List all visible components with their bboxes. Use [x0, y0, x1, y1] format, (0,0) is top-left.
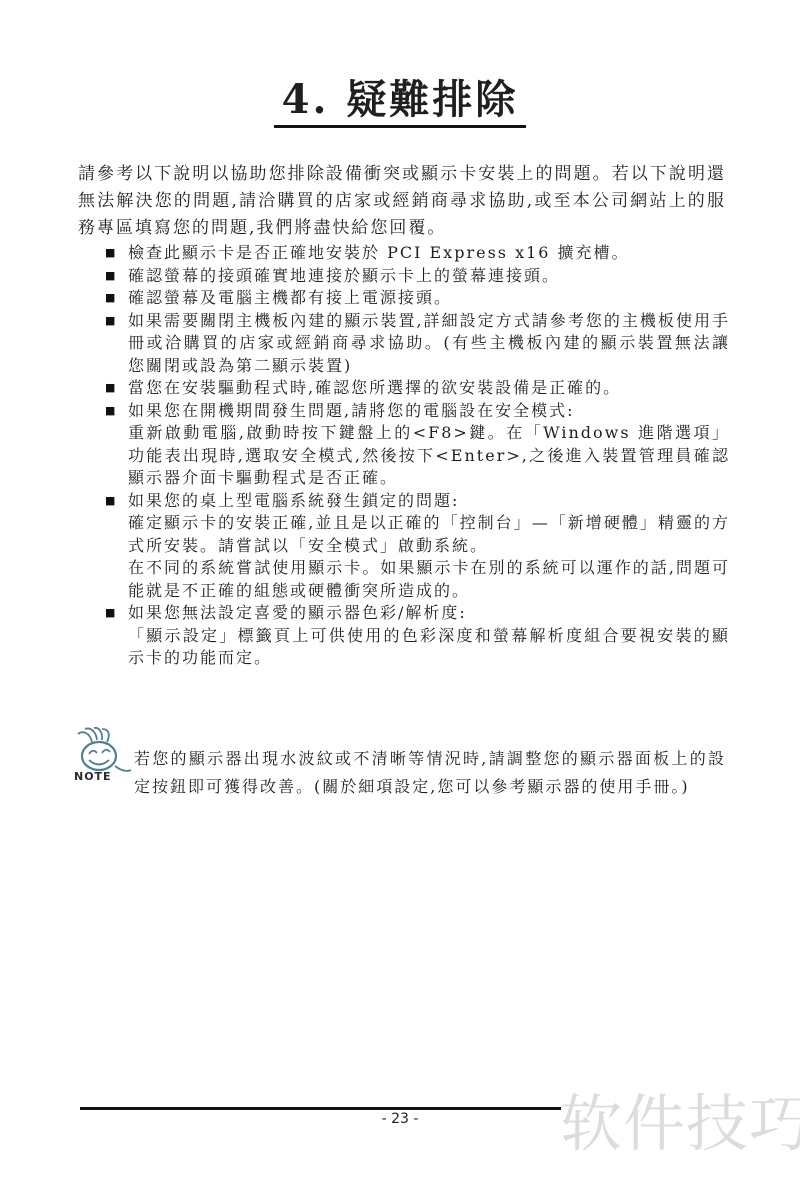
list-item-text: 確認螢幕的接頭確實地連接於顯示卡上的螢幕連接頭。 — [128, 265, 730, 288]
list-item-text: 如果需要關閉主機板內建的顯示裝置,詳細設定方式請參考您的主機板使用手冊或洽購買的… — [128, 310, 730, 378]
bullet-square-icon: ■ — [105, 310, 128, 333]
list-item-text: 重新啟動電腦,啟動時按下鍵盤上的<F8>鍵。在「Windows 進階選項」功能表… — [128, 422, 730, 490]
list-item-text-wrap: 當您在安裝驅動程式時,確認您所選擇的欲安裝設備是正確的。 — [128, 377, 730, 400]
list-item: ■ 如果您無法設定喜愛的顯示器色彩/解析度: 「顯示設定」標籤頁上可供使用的色彩… — [105, 602, 730, 670]
list-item-text: 在不同的系統嘗試使用顯示卡。如果顯示卡在別的系統可以運作的話,問題可能就是不正確… — [128, 557, 730, 602]
list-item: ■ 如果需要關閉主機板內建的顯示裝置,詳細設定方式請參考您的主機板使用手冊或洽購… — [105, 310, 730, 378]
footer-rule — [80, 1107, 561, 1110]
note-smiley-icon: NOTE — [70, 726, 132, 786]
note-callout: NOTE 若您的顯示器出現水波紋或不清晰等情況時,請調整您的顯示器面板上的設定按… — [70, 724, 732, 817]
page-title: 4. 疑難排除 — [274, 76, 527, 128]
list-item: ■ 如果您的桌上型電腦系統發生鎖定的問題: 確定顯示卡的安裝正確,並且是以正確的… — [105, 490, 730, 603]
list-item: ■ 檢查此顯示卡是否正確地安裝於 PCI Express x16 擴充槽。 — [105, 242, 730, 265]
bullet-square-icon: ■ — [105, 242, 128, 265]
bullet-square-icon: ■ — [105, 287, 128, 310]
bullet-square-icon: ■ — [105, 490, 128, 513]
list-item-text-wrap: 如果您無法設定喜愛的顯示器色彩/解析度: 「顯示設定」標籤頁上可供使用的色彩深度… — [128, 602, 730, 670]
list-item-text-wrap: 如果您的桌上型電腦系統發生鎖定的問題: 確定顯示卡的安裝正確,並且是以正確的「控… — [128, 490, 730, 603]
title-wrap: 4. 疑難排除 — [0, 76, 800, 128]
watermark: 软件技巧 — [560, 1088, 800, 1160]
list-item-text-wrap: 如果您在開機期間發生問題,請將您的電腦設在安全模式: 重新啟動電腦,啟動時按下鍵… — [128, 400, 730, 490]
intro-paragraph: 請參考以下說明以協助您排除設備衝突或顯示卡安裝上的問題。若以下說明還無法解決您的… — [78, 161, 726, 242]
list-item: ■ 確認螢幕及電腦主機都有接上電源接頭。 — [105, 287, 730, 310]
list-item-text: 如果您的桌上型電腦系統發生鎖定的問題: — [128, 490, 730, 513]
bullet-square-icon: ■ — [105, 602, 128, 625]
note-text: 若您的顯示器出現水波紋或不清晰等情況時,請調整您的顯示器面板上的設定按鈕即可獲得… — [134, 740, 726, 801]
list-item-text: 「顯示設定」標籤頁上可供使用的色彩深度和螢幕解析度組合要視安裝的顯示卡的功能而定… — [128, 625, 730, 670]
list-item-text: 如果您無法設定喜愛的顯示器色彩/解析度: — [128, 602, 730, 625]
list-item-text: 當您在安裝驅動程式時,確認您所選擇的欲安裝設備是正確的。 — [128, 377, 730, 400]
list-item-text-wrap: 檢查此顯示卡是否正確地安裝於 PCI Express x16 擴充槽。 — [128, 242, 730, 265]
list-item-text: 確定顯示卡的安裝正確,並且是以正確的「控制台」—「新增硬體」精靈的方式所安裝。請… — [128, 512, 730, 557]
document-page: 4. 疑難排除 請參考以下說明以協助您排除設備衝突或顯示卡安裝上的問題。若以下說… — [0, 0, 800, 1189]
list-item: ■ 當您在安裝驅動程式時,確認您所選擇的欲安裝設備是正確的。 — [105, 377, 730, 400]
list-item-text-wrap: 確認螢幕的接頭確實地連接於顯示卡上的螢幕連接頭。 — [128, 265, 730, 288]
list-item-text: 檢查此顯示卡是否正確地安裝於 PCI Express x16 擴充槽。 — [128, 242, 730, 265]
list-item-text: 如果您在開機期間發生問題,請將您的電腦設在安全模式: — [128, 400, 730, 423]
bullet-square-icon: ■ — [105, 265, 128, 288]
bullet-square-icon: ■ — [105, 377, 128, 400]
list-item-text: 確認螢幕及電腦主機都有接上電源接頭。 — [128, 287, 730, 310]
list-item-text-wrap: 如果需要關閉主機板內建的顯示裝置,詳細設定方式請參考您的主機板使用手冊或洽購買的… — [128, 310, 730, 378]
note-label: NOTE — [74, 770, 112, 783]
list-item-text-wrap: 確認螢幕及電腦主機都有接上電源接頭。 — [128, 287, 730, 310]
bullet-square-icon: ■ — [105, 400, 128, 423]
list-item: ■ 如果您在開機期間發生問題,請將您的電腦設在安全模式: 重新啟動電腦,啟動時按… — [105, 400, 730, 490]
list-item: ■ 確認螢幕的接頭確實地連接於顯示卡上的螢幕連接頭。 — [105, 265, 730, 288]
troubleshooting-list: ■ 檢查此顯示卡是否正確地安裝於 PCI Express x16 擴充槽。 ■ … — [105, 242, 730, 670]
